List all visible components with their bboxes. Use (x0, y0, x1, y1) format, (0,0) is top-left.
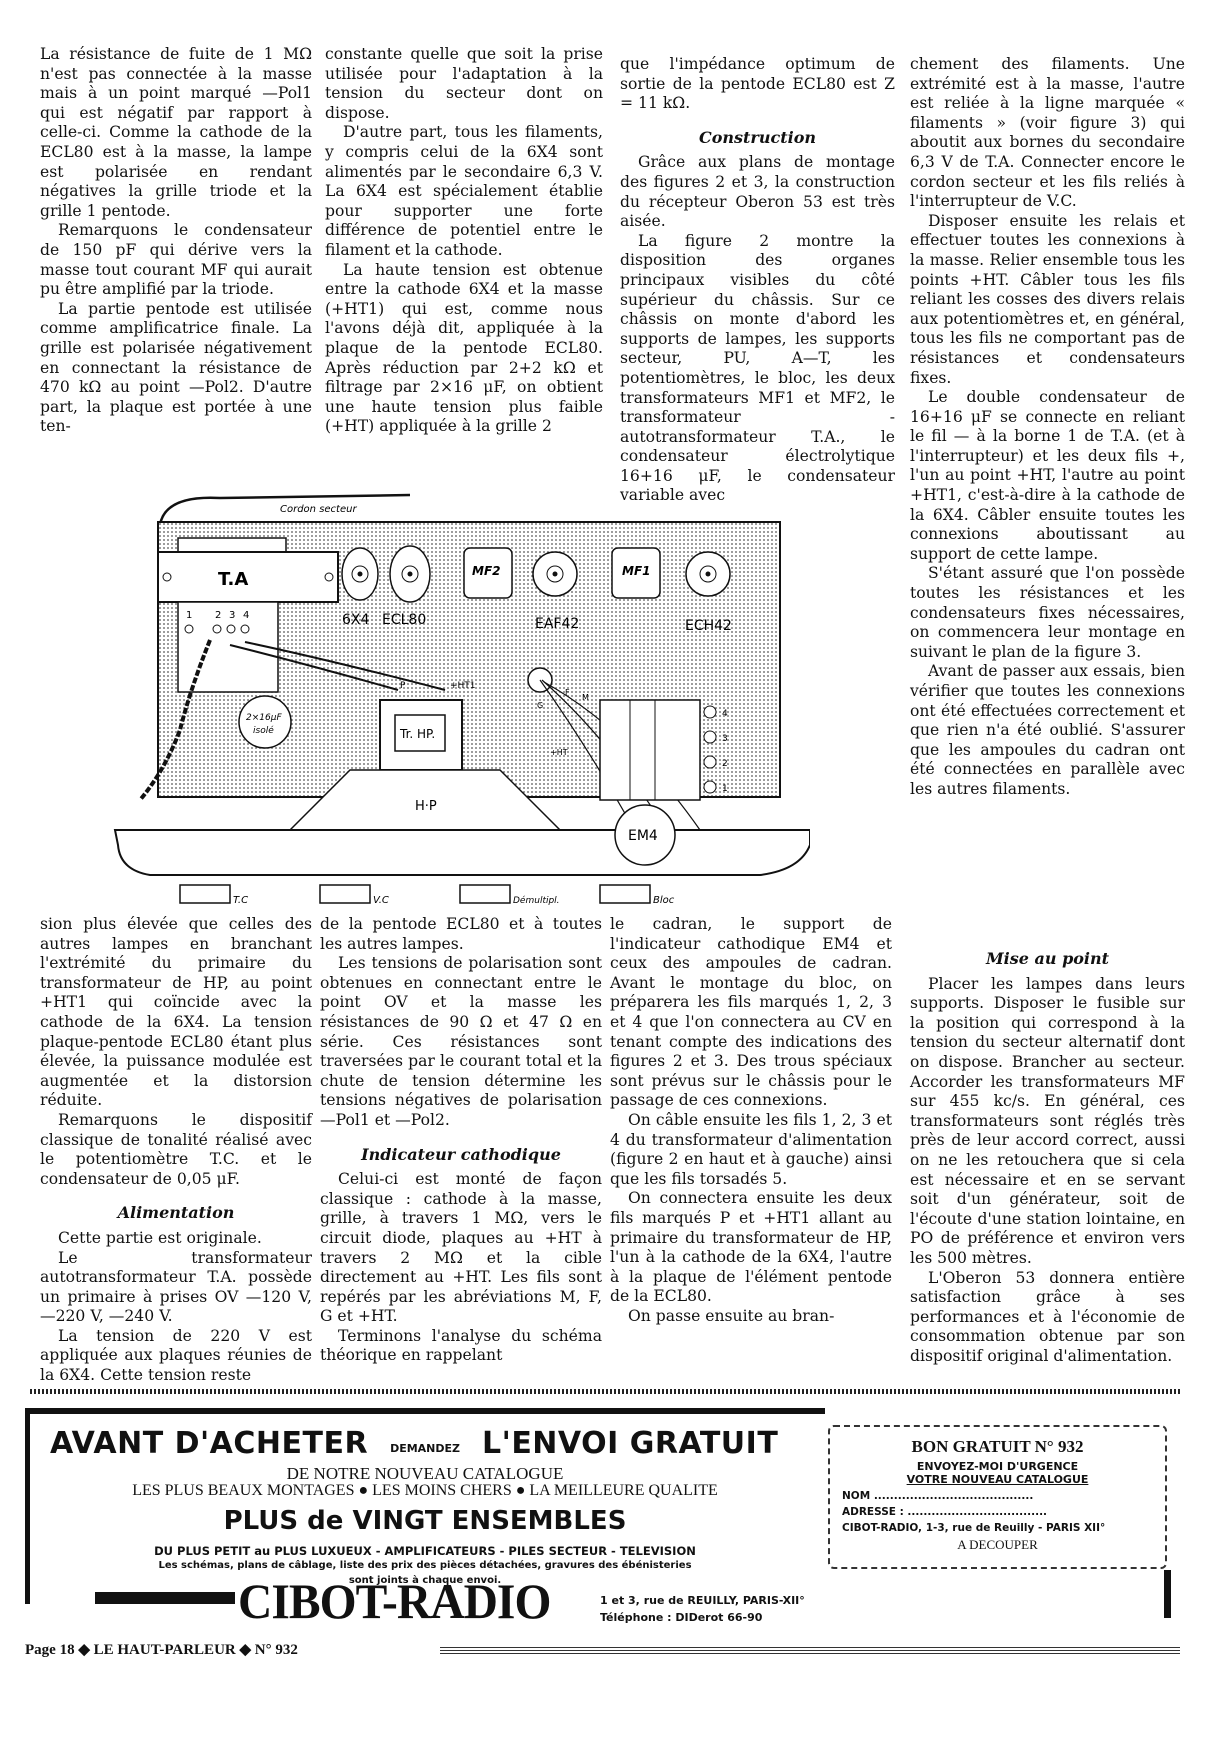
paragraph: La haute tension est obtenue entre la ca… (325, 261, 603, 437)
paragraph: Terminons l'analyse du schéma théorique … (320, 1327, 602, 1366)
page-number: Page 18 (25, 1642, 75, 1658)
paragraph: constante quelle que soit la prise utili… (325, 45, 603, 123)
paragraph: le cadran, le support de l'indicateur ca… (610, 915, 892, 1111)
brand-logo: CIBOT-RADIO (238, 1572, 550, 1630)
column-3-top: que l'impédance optimum de sortie de la … (620, 55, 895, 506)
ad-address: 1 et 3, rue de REUILLY, PARIS-XII° Télép… (600, 1592, 805, 1626)
tube-label-ecl80: ECL80 (382, 612, 426, 628)
column-2-bottom: de la pentode ECL80 et à toutes les autr… (320, 915, 602, 1366)
footer-rule (440, 1647, 1180, 1655)
svg-text:EM4: EM4 (628, 828, 658, 844)
svg-text:3: 3 (722, 734, 728, 744)
svg-text:isolé: isolé (253, 725, 274, 736)
svg-text:1: 1 (186, 610, 192, 621)
svg-text:2: 2 (215, 610, 221, 621)
paragraph: La résistance de fuite de 1 MΩ n'est pas… (40, 45, 312, 221)
paragraph: Les tensions de polarisation sont obtenu… (320, 954, 602, 1130)
svg-text:P: P (400, 681, 406, 691)
column-4-bottom: Mise au point Placer les lampes dans leu… (910, 935, 1185, 1366)
tube-label-ech42: ECH42 (685, 618, 732, 634)
svg-text:1: 1 (722, 784, 728, 794)
control-demultiplier: Démultipl. (460, 885, 560, 906)
tube-socket-ech42 (686, 552, 730, 596)
ad-right-bar (1164, 1570, 1171, 1618)
svg-text:G: G (537, 701, 543, 710)
paragraph: Le transformateur autotransformateur T.A… (40, 1249, 312, 1327)
ad-catalogue: DE NOTRE NOUVEAU CATALOGUE (30, 1464, 820, 1484)
dial-base (115, 830, 810, 875)
svg-text:MF1: MF1 (622, 564, 651, 578)
ad-schemas: Les schémas, plans de câblage, liste des… (30, 1560, 820, 1571)
section-heading-mise-au-point: Mise au point (910, 949, 1185, 969)
section-heading-construction: Construction (620, 128, 895, 148)
coupon-title: BON GRATUIT N° 932 (830, 1437, 1165, 1457)
ad-qualities: LES PLUS BEAUX MONTAGES ● LES MOINS CHER… (30, 1482, 820, 1500)
coupon-return-address: CIBOT-RADIO, 1-3, rue de Reuilly - PARIS… (842, 1522, 1165, 1534)
dotted-divider (30, 1389, 1180, 1394)
svg-text:2: 2 (722, 759, 728, 769)
svg-text:H·P: H·P (415, 799, 437, 814)
section-heading-indicateur: Indicateur cathodique (320, 1145, 602, 1165)
column-4-top: chement des filaments. Une extrémité est… (910, 55, 1185, 800)
tube-label-6x4: 6X4 (342, 612, 369, 628)
paragraph: La partie pentode est utilisée comme amp… (40, 300, 312, 437)
column-1-top: La résistance de fuite de 1 MΩ n'est pas… (40, 45, 312, 437)
svg-text:Démultipl.: Démultipl. (513, 895, 560, 906)
section-heading-alimentation: Alimentation (40, 1203, 312, 1223)
ad-range: DU PLUS PETIT au PLUS LUXUEUX - AMPLIFIC… (30, 1544, 820, 1558)
coupon-line2: VOTRE NOUVEAU CATALOGUE (830, 1473, 1165, 1486)
issue-number: N° 932 (255, 1642, 298, 1658)
tube-socket-eaf42 (533, 552, 577, 596)
control-tc: T.C (180, 885, 248, 906)
paragraph: Disposer ensuite les relais et effectuer… (910, 212, 1185, 388)
coupon-line1: ENVOYEZ-MOI D'URGENCE (830, 1460, 1165, 1473)
paragraph: chement des filaments. Une extrémité est… (910, 55, 1185, 212)
paragraph: de la pentode ECL80 et à toutes les autr… (320, 915, 602, 954)
svg-text:2×16μF: 2×16μF (246, 713, 282, 723)
paragraph: On connectera ensuite les deux fils marq… (610, 1189, 892, 1307)
svg-text:MF2: MF2 (472, 564, 501, 578)
svg-text:4: 4 (722, 709, 728, 719)
paragraph: Cette partie est originale. (40, 1229, 312, 1249)
paragraph: sion plus élevée que celles des autres l… (40, 915, 312, 1111)
paragraph: La tension de 220 V est appliquée aux pl… (40, 1327, 312, 1386)
cord-label: Cordon secteur (280, 504, 357, 515)
paragraph: S'étant assuré que l'on possède toutes l… (910, 564, 1185, 662)
coupon-cut-label: A DECOUPER (830, 1537, 1165, 1553)
paragraph: Avant de passer aux essais, bien vérifie… (910, 662, 1185, 799)
tube-label-eaf42: EAF42 (535, 616, 579, 632)
diamond-icon: ◆ (239, 1642, 251, 1658)
paragraph: Grâce aux plans de montage des figures 2… (620, 153, 895, 231)
svg-text:4: 4 (243, 610, 249, 621)
page-footer: Page 18 ◆ LE HAUT-PARLEUR ◆ N° 932 (25, 1640, 298, 1659)
paragraph: Celui-ci est monté de façon classique : … (320, 1170, 602, 1327)
coupon-name-field[interactable]: NOM ....................................… (842, 1490, 1165, 1502)
tuning-block (600, 700, 700, 800)
tube-socket-6x4 (342, 548, 378, 600)
paragraph: On passe ensuite au bran- (610, 1307, 892, 1327)
column-1-bottom: sion plus élevée que celles des autres l… (40, 915, 312, 1386)
coupon: BON GRATUIT N° 932 ENVOYEZ-MOI D'URGENCE… (828, 1425, 1167, 1569)
svg-text:+HT: +HT (550, 748, 568, 757)
chassis-diagram: Cordon secteur T.A 1 2 3 4 6X4 ECL80 MF2… (110, 490, 810, 910)
paragraph: Le double condensateur de 16+16 μF se co… (910, 388, 1185, 564)
paragraph: On câble ensuite les fils 1, 2, 3 et 4 d… (610, 1111, 892, 1189)
svg-text:+HT1: +HT1 (450, 681, 476, 691)
column-3-bottom: le cadran, le support de l'indicateur ca… (610, 915, 892, 1326)
paragraph: L'Oberon 53 donnera entière satisfaction… (910, 1269, 1185, 1367)
svg-text:Bloc: Bloc (653, 895, 675, 906)
ad-vingt-ensembles: PLUS de VINGT ENSEMBLES (30, 1506, 820, 1536)
control-bloc: Bloc (600, 885, 675, 906)
svg-text:T.C: T.C (233, 895, 248, 906)
paragraph: Remarquons le dispositif classique de to… (40, 1111, 312, 1189)
diamond-icon: ◆ (78, 1642, 90, 1658)
ad-headline: AVANT D'ACHETERDEMANDEZL'ENVOI GRATUIT (50, 1426, 820, 1461)
ta-label: T.A (218, 569, 248, 590)
control-vc: V.C (320, 885, 389, 906)
svg-text:Tr. HP.: Tr. HP. (399, 727, 435, 741)
column-2-top: constante quelle que soit la prise utili… (325, 45, 603, 437)
tube-socket-ecl80 (390, 546, 430, 602)
svg-text:M: M (582, 693, 589, 702)
paragraph: D'autre part, tous les filaments, y comp… (325, 123, 603, 260)
paragraph: La figure 2 montre la disposition des or… (620, 232, 895, 506)
brand-bar (95, 1592, 235, 1604)
svg-text:3: 3 (229, 610, 235, 621)
paragraph: Remarquons le condensateur de 150 pF qui… (40, 221, 312, 299)
paragraph: que l'impédance optimum de sortie de la … (620, 55, 895, 114)
coupon-address-field[interactable]: ADRESSE : ..............................… (842, 1506, 1165, 1518)
svg-text:V.C: V.C (373, 895, 389, 906)
journal-name: LE HAUT-PARLEUR (94, 1642, 236, 1658)
paragraph: Placer les lampes dans leurs supports. D… (910, 975, 1185, 1269)
svg-text:F: F (565, 688, 570, 697)
